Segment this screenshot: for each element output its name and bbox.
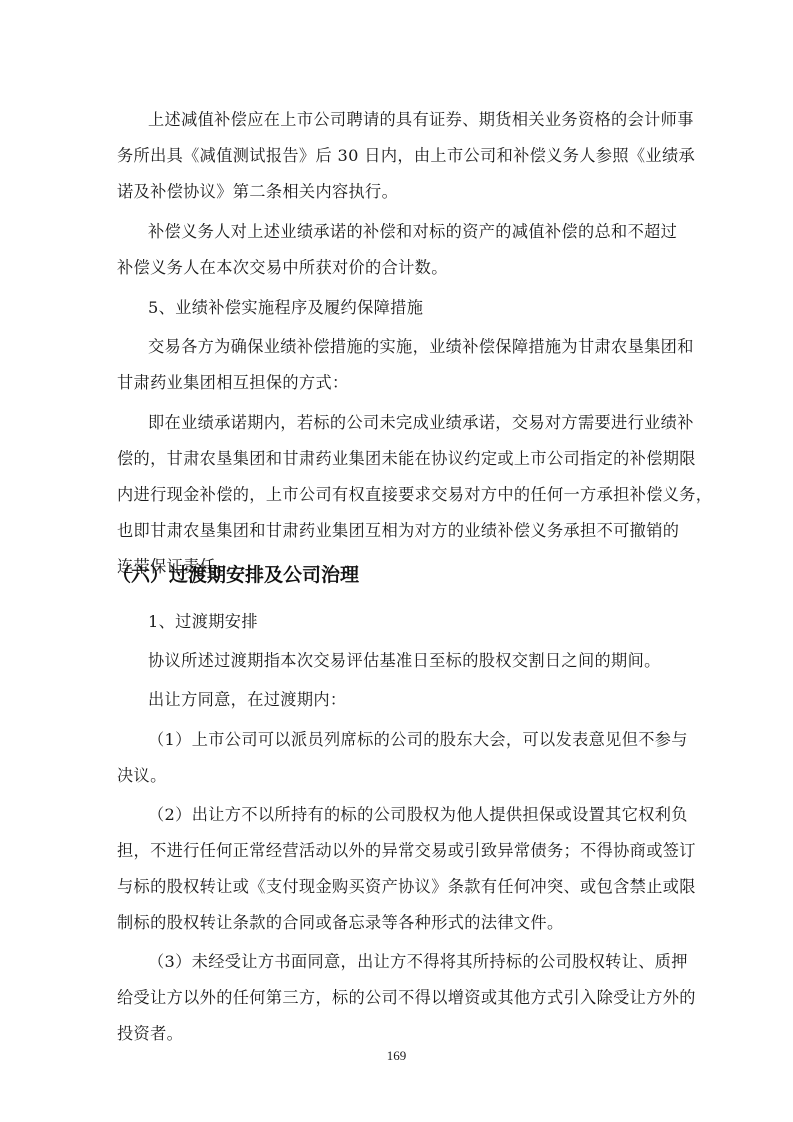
subheading-transition-arrangement: 1、过渡期安排 xyxy=(148,612,258,632)
paragraph-compensation-cap-line-1: 补偿义务人对上述业绩承诺的补偿和对标的资产的减值补偿的总和不超过 xyxy=(148,222,677,242)
paragraph-joint-liability-line-4: 也即甘肃农垦集团和甘肃药业集团互相为对方的业绩补偿义务承担不可撤销的 xyxy=(117,521,679,541)
paragraph-joint-liability-line-2: 偿的，甘肃农垦集团和甘肃药业集团未能在协议约定或上市公司指定的补偿期限 xyxy=(117,449,696,469)
paragraph-joint-liability-line-3: 内进行现金补偿的，上市公司有权直接要求交易对方中的任何一方承担补偿义务， xyxy=(117,485,712,505)
clause-1-line-1: （1）上市公司可以派员列席标的公司的股东大会，可以发表意见但不参与 xyxy=(148,730,688,750)
document-page: 上述减值补偿应在上市公司聘请的具有证券、期货相关业务资格的会计师事 务所出具《减… xyxy=(0,0,793,1122)
paragraph-transferor-agrees: 出让方同意，在过渡期内： xyxy=(148,690,346,710)
clause-3-line-2: 给受让方以外的任何第三方，标的公司不得以增资或其他方式引入除受让方外的 xyxy=(117,988,696,1008)
section-heading-transition-period: （六）过渡期安排及公司治理 xyxy=(112,563,359,587)
paragraph-compensation-cap-line-2: 补偿义务人在本次交易中所获对价的合计数。 xyxy=(117,258,448,278)
page-number: 169 xyxy=(0,1048,793,1064)
clause-2-line-1: （2）出让方不以所持有的标的公司股权为他人提供担保或设置其它权利负 xyxy=(148,805,688,825)
paragraph-impairment-report-line-2: 务所出具《减值测试报告》后 30 日内，由上市公司和补偿义务人参照《业绩承 xyxy=(117,146,695,166)
clause-2-line-2: 担，不进行任何正常经营活动以外的异常交易或引致异常债务；不得协商或签订 xyxy=(117,841,696,861)
paragraph-impairment-report-line-3: 诺及补偿协议》第二条相关内容执行。 xyxy=(117,182,398,202)
clause-3-line-1: （3）未经受让方书面同意，出让方不得将其所持标的公司股权转让、质押 xyxy=(148,952,688,972)
clause-2-line-4: 制标的股权转让条款的合同或备忘录等各种形式的法律文件。 xyxy=(117,913,564,933)
clause-2-line-3: 与标的股权转让或《支付现金购买资产协议》条款有任何冲突、或包含禁止或限 xyxy=(117,877,696,897)
paragraph-guarantee-measures-line-2: 甘肃药业集团相互担保的方式： xyxy=(117,373,349,393)
paragraph-joint-liability-line-1: 即在业绩承诺期内，若标的公司未完成业绩承诺，交易对方需要进行业绩补 xyxy=(148,413,694,433)
paragraph-guarantee-measures-line-1: 交易各方为确保业绩补偿措施的实施，业绩补偿保障措施为甘肃农垦集团和 xyxy=(148,337,694,357)
paragraph-transition-definition: 协议所述过渡期指本次交易评估基准日至标的股权交割日之间的期间。 xyxy=(148,651,661,671)
subheading-performance-compensation-procedure: 5、业绩补偿实施程序及履约保障措施 xyxy=(148,298,423,318)
clause-3-line-3: 投资者。 xyxy=(117,1024,183,1044)
clause-1-line-2: 决议。 xyxy=(117,766,167,786)
paragraph-impairment-report-line-1: 上述减值补偿应在上市公司聘请的具有证券、期货相关业务资格的会计师事 xyxy=(148,110,694,130)
